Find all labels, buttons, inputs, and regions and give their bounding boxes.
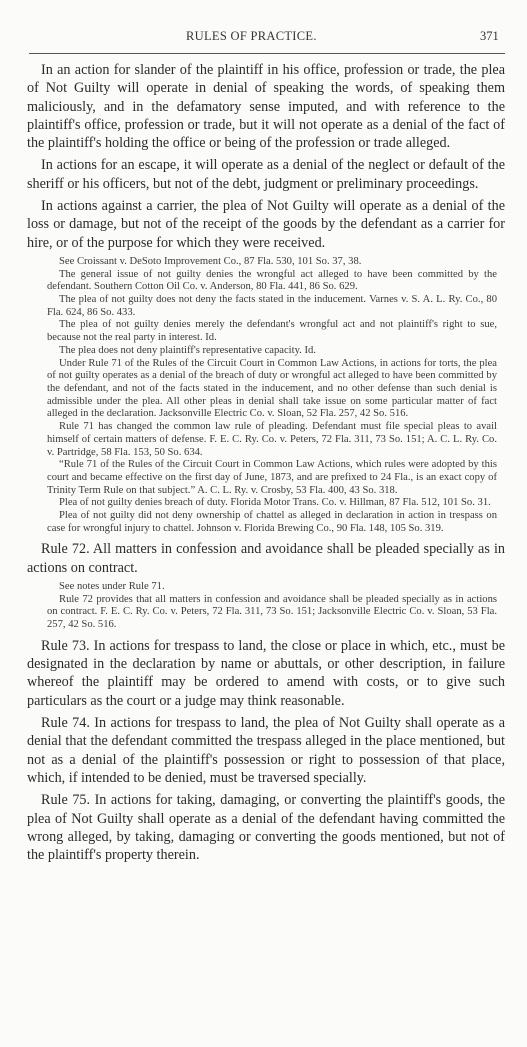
paragraph-carrier: In actions against a carrier, the plea o…: [27, 197, 505, 252]
rule-75: Rule 75. In actions for taking, damaging…: [27, 791, 505, 864]
header-divider: [29, 53, 505, 54]
annotation: Plea of not guilty denies breach of duty…: [47, 497, 497, 510]
annotation: The plea of not guilty denies merely the…: [47, 319, 497, 344]
rule-72: Rule 72. All matters in confession and a…: [27, 540, 505, 577]
page-number: 371: [480, 29, 499, 44]
annotation: Under Rule 71 of the Rules of the Circui…: [47, 358, 497, 422]
annotations-rule-71: See Croissant v. DeSoto Improvement Co.,…: [27, 256, 505, 535]
page-header: RULES OF PRACTICE. 371: [0, 29, 527, 47]
paragraph-slander: In an action for slander of the plaintif…: [27, 61, 505, 152]
running-title: RULES OF PRACTICE.: [186, 29, 317, 44]
annotation: Rule 72 provides that all matters in con…: [47, 594, 497, 632]
page-body: In an action for slander of the plaintif…: [27, 61, 505, 868]
paragraph-escape: In actions for an escape, it will operat…: [27, 156, 505, 193]
annotation: See Croissant v. DeSoto Improvement Co.,…: [47, 256, 497, 269]
annotation: Plea of not guilty did not deny ownershi…: [47, 510, 497, 535]
annotation: “Rule 71 of the Rules of the Circuit Cou…: [47, 459, 497, 497]
annotation: Rule 71 has changed the common law rule …: [47, 421, 497, 459]
annotation: See notes under Rule 71.: [47, 581, 497, 594]
annotation: The general issue of not guilty denies t…: [47, 269, 497, 294]
annotations-rule-72: See notes under Rule 71. Rule 72 provide…: [27, 581, 505, 632]
rule-73: Rule 73. In actions for trespass to land…: [27, 637, 505, 710]
annotation: The plea of not guilty does not deny the…: [47, 294, 497, 319]
rule-74: Rule 74. In actions for trespass to land…: [27, 714, 505, 787]
annotation: The plea does not deny plaintiff's repre…: [47, 345, 497, 358]
